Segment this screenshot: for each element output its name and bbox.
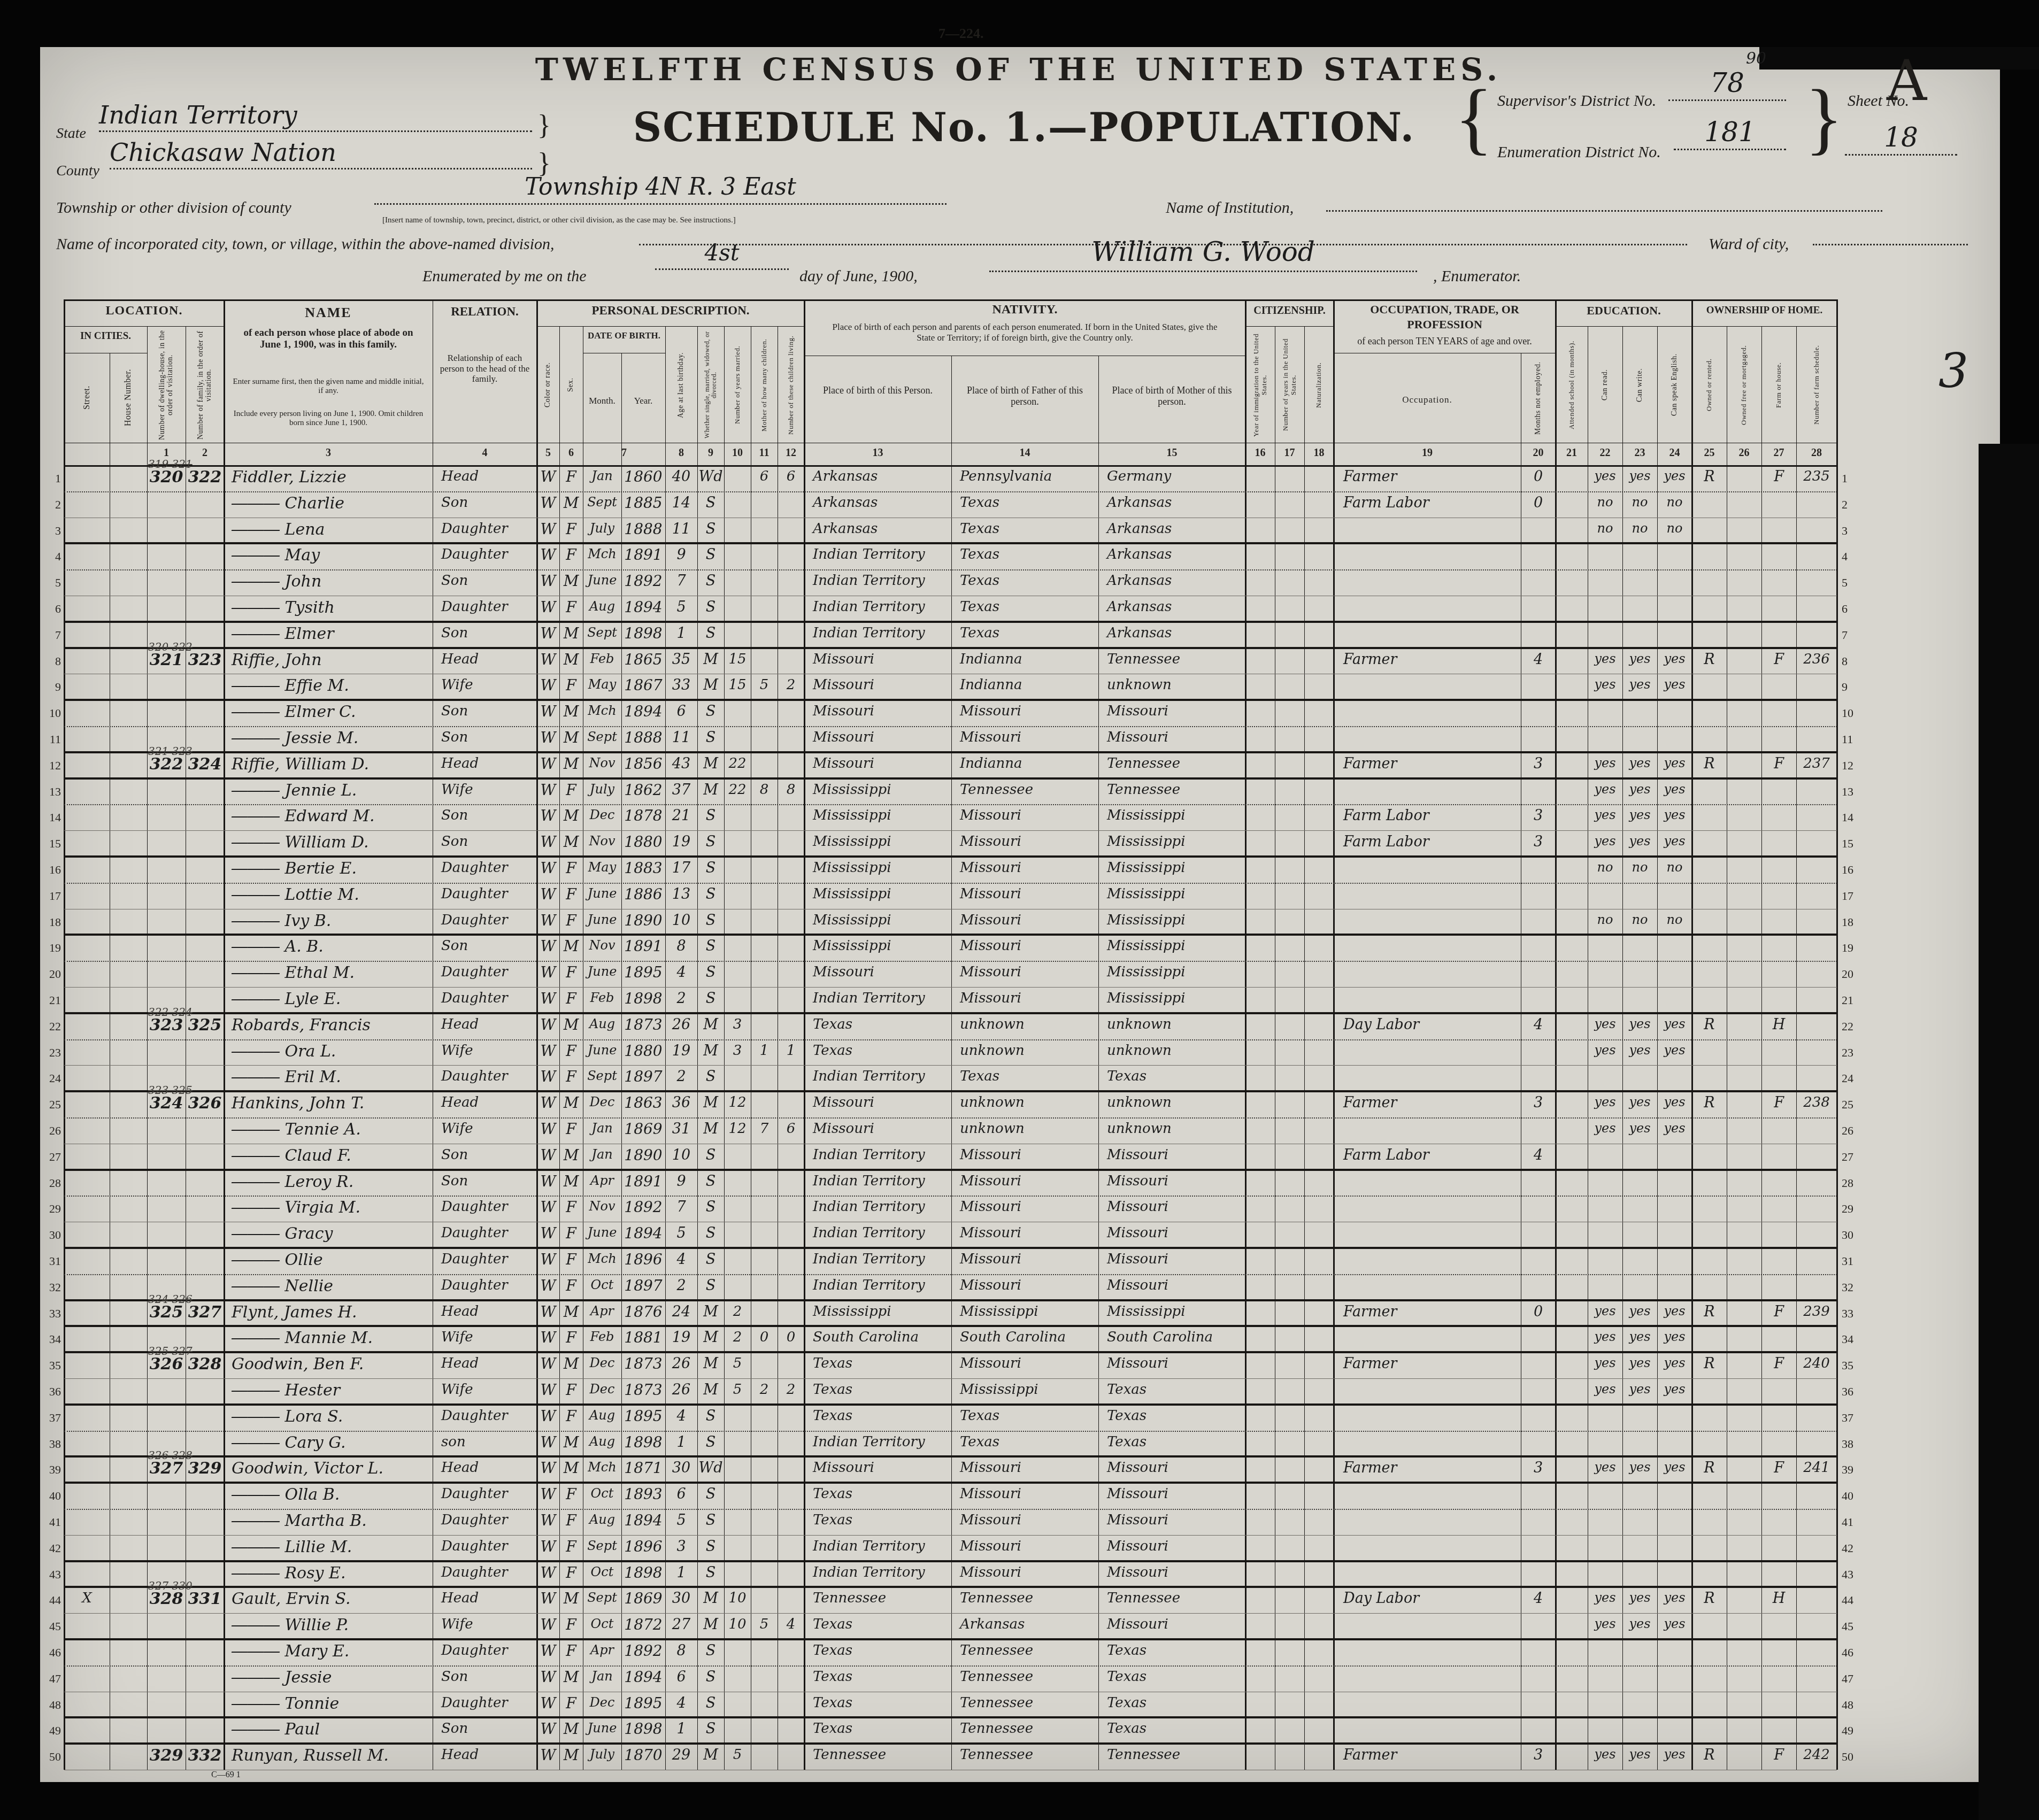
cell-mo: Aug — [584, 600, 620, 621]
cell-en: yes — [1658, 1383, 1691, 1403]
group-citizenship: CITIZENSHIP. — [1245, 305, 1334, 317]
cell-ms: S — [698, 913, 723, 934]
cell-sx: F — [560, 1565, 582, 1586]
cell-co: W — [538, 1252, 558, 1273]
cell-mc: 7 — [752, 1122, 776, 1143]
cell-ym: 10 — [725, 1591, 750, 1612]
row-number-right: 34 — [1842, 1332, 1867, 1345]
sheet-value: 18 — [1845, 124, 1957, 156]
cell-ow: R — [1693, 757, 1726, 777]
cell-sx: M — [560, 1017, 582, 1038]
cell-rd: no — [1589, 522, 1621, 543]
cell-fb: Missouri — [952, 1278, 1105, 1299]
cell-mo: Oct — [584, 1617, 620, 1638]
cell-cl: 2 — [779, 1383, 803, 1403]
cell-rel: Wife — [434, 678, 543, 699]
row-number-left: 6 — [44, 602, 61, 615]
row-number-right: 2 — [1842, 498, 1867, 511]
row-number-right: 21 — [1842, 993, 1867, 1006]
cell-mo: June — [584, 1226, 620, 1247]
grid-hline — [64, 883, 1837, 884]
group-nativity-desc: Place of birth of each person and parent… — [826, 322, 1224, 343]
cell-mn: 3 — [1522, 1461, 1555, 1482]
cell-rel: Head — [434, 652, 543, 673]
cell-rel: Head — [434, 1096, 543, 1116]
grid-hline — [64, 1222, 1837, 1222]
ward-blank-line — [1813, 218, 1968, 245]
cell-fb: Missouri — [952, 1252, 1105, 1273]
cell-name: ――― Bertie E. — [225, 861, 438, 882]
cell-fb: Missouri — [952, 1565, 1105, 1586]
grid-hline — [64, 518, 1837, 518]
cell-wr: yes — [1623, 835, 1656, 855]
cell-fh: F — [1763, 1461, 1795, 1482]
grid-hline-heavy — [64, 855, 1837, 858]
cell-fb: Missouri — [952, 939, 1105, 960]
cell-bp: Texas — [805, 1696, 958, 1717]
col-yrs-us: Number of years in the United States. — [1276, 328, 1303, 442]
cell-mo: June — [584, 1044, 620, 1065]
column-number: 6 — [559, 447, 583, 463]
cell-co: W — [538, 991, 558, 1012]
cell-ms: S — [698, 496, 723, 516]
cell-ms: M — [698, 678, 723, 699]
cell-ms: S — [698, 1252, 723, 1273]
cell-sx: M — [560, 730, 582, 751]
cell-ag: 37 — [666, 783, 696, 804]
col-occupation: Occupation. — [1334, 395, 1521, 405]
grid-hline — [64, 1117, 1837, 1119]
cell-mo: Apr — [584, 1644, 620, 1664]
cell-mc: 2 — [752, 1383, 776, 1403]
cell-rd: yes — [1589, 1383, 1621, 1403]
cell-fb: Texas — [952, 600, 1105, 621]
grid-hline-heavy — [64, 1560, 1837, 1562]
cell-mo: Nov — [584, 939, 620, 960]
cell-co: W — [538, 1591, 558, 1612]
cell-fam: 329 — [187, 1461, 223, 1482]
institution-label: Name of Institution, — [1166, 199, 1294, 217]
cell-ag: 27 — [666, 1617, 696, 1638]
district-brace-left: { — [1455, 72, 1493, 164]
cell-en: yes — [1658, 1748, 1691, 1769]
cell-ag: 5 — [666, 600, 696, 621]
institution-blank-line — [1326, 184, 1882, 212]
row-number-right: 18 — [1842, 915, 1867, 928]
cell-co: W — [538, 1330, 558, 1351]
cell-yr: 1885 — [622, 496, 664, 516]
column-number: 20 — [1521, 447, 1556, 463]
grid-hline-heavy — [64, 1586, 1837, 1588]
grid-hline-heavy — [64, 1742, 1837, 1745]
cell-rel: Daughter — [434, 861, 543, 882]
cell-co: W — [538, 757, 558, 777]
cell-cl: 6 — [779, 469, 803, 490]
cell-mo: Dec — [584, 1383, 620, 1403]
cell-mo: Dec — [584, 1096, 620, 1116]
cell-name: ――― Jessie — [225, 1670, 438, 1691]
cell-fb: Tennessee — [952, 783, 1105, 804]
cell-co: W — [538, 678, 558, 699]
cell-bp: Missouri — [805, 730, 958, 751]
cell-oc: Farmer — [1335, 1461, 1528, 1482]
cell-ag: 11 — [666, 522, 696, 543]
cell-rel: Son — [434, 730, 543, 751]
cell-yr: 1898 — [622, 1722, 664, 1742]
cell-co: W — [538, 1017, 558, 1038]
cell-mc: 8 — [752, 783, 776, 804]
row-number-left: 11 — [44, 732, 61, 745]
cell-en: yes — [1658, 1044, 1691, 1065]
cell-mb: Tennessee — [1099, 783, 1252, 804]
cell-bp: Texas — [805, 1017, 958, 1038]
cell-mb: Texas — [1099, 1696, 1252, 1717]
cell-mn: 0 — [1522, 496, 1555, 516]
cell-yr: 1894 — [622, 1226, 664, 1247]
cell-fb: Indianna — [952, 652, 1105, 673]
cell-fb: South Carolina — [952, 1330, 1105, 1351]
cell-fb: Missouri — [952, 1487, 1105, 1508]
cell-mb: Texas — [1099, 1435, 1252, 1456]
grid-hline-heavy — [64, 1403, 1837, 1406]
col-year: Year. — [622, 396, 664, 406]
row-number-left: 42 — [44, 1541, 61, 1554]
cell-en: yes — [1658, 835, 1691, 855]
cell-rd: no — [1589, 861, 1621, 882]
col-bp-father: Place of birth of Father of this person. — [962, 385, 1088, 407]
col-farm-house: Farm or house. — [1763, 328, 1795, 442]
column-number: 8 — [665, 447, 697, 463]
cell-ag: 21 — [666, 808, 696, 829]
cell-rel: Daughter — [434, 1487, 543, 1508]
row-number-left: 28 — [44, 1176, 61, 1189]
grid-vline — [1836, 299, 1838, 1770]
cell-name: ――― A. B. — [225, 939, 438, 960]
cell-bp: Mississippi — [805, 1305, 958, 1325]
col-dwelling: Number of dwelling-house, in the order o… — [148, 328, 184, 442]
cell-ag: 5 — [666, 1513, 696, 1534]
row-number-right: 50 — [1842, 1750, 1867, 1763]
grid-hline-heavy — [64, 1299, 1837, 1301]
cell-name: Riffie, William D. — [225, 757, 438, 777]
cell-mb: Texas — [1099, 1670, 1252, 1691]
cell-sx: F — [560, 1617, 582, 1638]
group-occupation2: PROFESSION — [1334, 318, 1556, 331]
cell-fb: Pennsylvania — [952, 469, 1105, 490]
cell-ms: M — [698, 1617, 723, 1638]
cell-mo: June — [584, 574, 620, 595]
cell-mb: Mississippi — [1099, 991, 1252, 1012]
cell-co: W — [538, 547, 558, 568]
row-number-right: 26 — [1842, 1124, 1867, 1137]
cell-mb: Arkansas — [1099, 626, 1252, 647]
row-number-right: 14 — [1842, 811, 1867, 823]
cell-dw: 327 — [148, 1461, 184, 1482]
cell-name: Goodwin, Victor L. — [225, 1461, 438, 1482]
cell-bp: Texas — [805, 1513, 958, 1534]
cell-cl: 4 — [779, 1617, 803, 1638]
row-number-left: 12 — [44, 759, 61, 772]
row-number-right: 41 — [1842, 1515, 1867, 1528]
cell-fb: Missouri — [952, 913, 1105, 934]
cell-ag: 1 — [666, 1722, 696, 1742]
grid-hline — [64, 1509, 1837, 1510]
cell-rel: Son — [434, 835, 543, 855]
row-number-right: 6 — [1842, 602, 1867, 615]
cell-ms: S — [698, 1148, 723, 1169]
cell-bp: Missouri — [805, 678, 958, 699]
cell-fs: 236 — [1797, 652, 1836, 673]
cell-sx: M — [560, 1670, 582, 1691]
cell-ag: 26 — [666, 1383, 696, 1403]
cell-mb: Missouri — [1099, 1513, 1252, 1534]
cell-mb: Arkansas — [1099, 496, 1252, 516]
cell-co: W — [538, 1044, 558, 1065]
cell-wr: yes — [1623, 1383, 1656, 1403]
column-number: 7 — [583, 447, 665, 463]
row-number-right: 1 — [1842, 472, 1867, 484]
cell-mn: 3 — [1522, 808, 1555, 829]
grid-hline-heavy — [64, 1351, 1837, 1353]
cell-mo: Oct — [584, 1487, 620, 1508]
cell-mb: Missouri — [1099, 1461, 1252, 1482]
row-number-right: 48 — [1842, 1698, 1867, 1711]
cell-ag: 36 — [666, 1096, 696, 1116]
row-number-left: 40 — [44, 1489, 61, 1502]
cell-name: ――― Tonnie — [225, 1696, 438, 1717]
cell-en: yes — [1658, 652, 1691, 673]
cell-yr: 1886 — [622, 887, 664, 908]
cell-wr: yes — [1623, 1330, 1656, 1351]
cell-mb: Missouri — [1099, 1617, 1252, 1638]
enumerated-day: 4st — [655, 242, 789, 270]
cell-fb: Missouri — [952, 1539, 1105, 1560]
cell-mo: Sept — [584, 730, 620, 751]
cell-ow: R — [1693, 469, 1726, 490]
grid-hline-heavy — [64, 1482, 1837, 1484]
cell-mo: Aug — [584, 1409, 620, 1430]
grid-hline — [64, 830, 1837, 831]
cell-rel: Son — [434, 496, 543, 516]
cell-mo: Sept — [584, 626, 620, 647]
cell-yr: 1871 — [622, 1461, 664, 1482]
cell-bp: Texas — [805, 1670, 958, 1691]
cell-name: Gault, Ervin S. — [225, 1591, 438, 1612]
cell-fb: Mississippi — [952, 1383, 1105, 1403]
cell-rel: Daughter — [434, 1565, 543, 1586]
cell-co: W — [538, 1409, 558, 1430]
row-number-left: 29 — [44, 1202, 61, 1215]
cell-mo: May — [584, 861, 620, 882]
cell-ag: 33 — [666, 678, 696, 699]
cell-fb: Texas — [952, 547, 1105, 568]
row-number-left: 14 — [44, 811, 61, 823]
cell-ym: 2 — [725, 1305, 750, 1325]
cell-fb: Missouri — [952, 1461, 1105, 1482]
cell-mb: unknown — [1099, 1017, 1252, 1038]
cell-mc: 1 — [752, 1044, 776, 1065]
column-number: 16 — [1245, 447, 1275, 463]
cell-ag: 1 — [666, 1565, 696, 1586]
row-number-right: 9 — [1842, 680, 1867, 693]
county-value: Chickasaw Nation — [110, 140, 532, 169]
cell-bp: Missouri — [805, 1096, 958, 1116]
cell-sx: F — [560, 1644, 582, 1664]
cell-co: W — [538, 496, 558, 516]
district-brace-right: } — [1805, 72, 1843, 164]
cell-rd: yes — [1589, 678, 1621, 699]
enumerated-label: Enumerated by me on the — [422, 267, 587, 286]
cell-ag: 2 — [666, 991, 696, 1012]
cell-sx: F — [560, 547, 582, 568]
cell-name: ――― Mannie M. — [225, 1330, 438, 1351]
cell-dw: 323 — [148, 1017, 184, 1038]
cell-fb: Missouri — [952, 1148, 1105, 1169]
cell-name: ――― Claud F. — [225, 1148, 438, 1169]
row-number-right: 45 — [1842, 1620, 1867, 1632]
cell-fam: 322 — [187, 469, 223, 490]
cell-name: ――― Willie P. — [225, 1617, 438, 1638]
cell-dwelling-prev: 320 322 — [148, 642, 223, 653]
cell-rd: yes — [1589, 1748, 1621, 1769]
grid-hline-heavy — [64, 1455, 1837, 1457]
cell-co: W — [538, 1148, 558, 1169]
cell-bp: Missouri — [805, 757, 958, 777]
cell-fs: 237 — [1797, 757, 1836, 777]
cell-bp: Indian Territory — [805, 1278, 958, 1299]
column-number: 10 — [724, 447, 751, 463]
cell-dwelling-prev: 321 323 — [148, 746, 223, 758]
cell-ow: R — [1693, 1356, 1726, 1377]
cell-wr: no — [1623, 522, 1656, 543]
cell-fs: 239 — [1797, 1305, 1836, 1325]
cell-bp: Missouri — [805, 965, 958, 986]
cell-yr: 1895 — [622, 965, 664, 986]
cell-mb: Mississippi — [1099, 965, 1252, 986]
cell-bp: Texas — [805, 1487, 958, 1508]
cell-mo: Aug — [584, 1513, 620, 1534]
grid-vline — [1521, 353, 1521, 1770]
cell-ms: S — [698, 626, 723, 647]
row-number-right: 4 — [1842, 550, 1867, 562]
cell-bp: Texas — [805, 1383, 958, 1403]
census-title: TWELFTH CENSUS OF THE UNITED STATES. — [484, 51, 1553, 88]
cell-ms: M — [698, 652, 723, 673]
row-number-left: 17 — [44, 889, 61, 902]
row-number-left: 27 — [44, 1150, 61, 1163]
cell-ym: 22 — [725, 783, 750, 804]
cell-yr: 1880 — [622, 835, 664, 855]
cell-fb: Texas — [952, 522, 1105, 543]
row-number-left: 36 — [44, 1385, 61, 1398]
group-name-desc2: Enter surname first, then the given name… — [232, 377, 425, 396]
cell-yr: 1891 — [622, 547, 664, 568]
cell-yr: 1872 — [622, 1617, 664, 1638]
cell-mb: Germany — [1099, 469, 1252, 490]
row-number-left: 24 — [44, 1071, 61, 1084]
cell-en: no — [1658, 522, 1691, 543]
cell-sx: F — [560, 522, 582, 543]
cell-bp: Texas — [805, 1044, 958, 1065]
cell-co: W — [538, 1461, 558, 1482]
cell-fb: unknown — [952, 1096, 1105, 1116]
col-farm-schedule: Number of farm schedule. — [1797, 328, 1836, 442]
grid-hline-heavy — [64, 542, 1837, 544]
cell-co: W — [538, 861, 558, 882]
grid-hline — [64, 491, 1837, 492]
cell-ms: S — [698, 522, 723, 543]
cell-rd: yes — [1589, 783, 1621, 804]
cell-mb: Missouri — [1099, 1356, 1252, 1377]
enumerator-name: William G. Wood — [989, 238, 1417, 272]
cell-ym: 5 — [725, 1383, 750, 1403]
col-dob: DATE OF BIRTH. — [583, 330, 665, 341]
row-number-left: 41 — [44, 1515, 61, 1528]
cell-fb: Tennessee — [952, 1644, 1105, 1664]
cell-mo: June — [584, 913, 620, 934]
cell-mo: July — [584, 783, 620, 804]
row-number-right: 42 — [1842, 1541, 1867, 1554]
cell-name: ――― Ivy B. — [225, 913, 438, 934]
cell-fh: F — [1763, 1096, 1795, 1116]
cell-rel: Son — [434, 574, 543, 595]
cell-bp: Texas — [805, 1617, 958, 1638]
cell-yr: 1894 — [622, 1670, 664, 1691]
cell-name: Robards, Francis — [225, 1017, 438, 1038]
row-number-right: 47 — [1842, 1672, 1867, 1685]
cell-rel: Daughter — [434, 991, 543, 1012]
cell-mo: Nov — [584, 835, 620, 855]
cell-rd: yes — [1589, 1356, 1621, 1377]
cell-name: Riffie, John — [225, 652, 438, 673]
cell-bp: Indian Territory — [805, 1148, 958, 1169]
cell-rel: Daughter — [434, 1069, 543, 1090]
cell-wr: yes — [1623, 1017, 1656, 1038]
cell-mo: Mch — [584, 1461, 620, 1482]
cell-rel: Daughter — [434, 1696, 543, 1717]
cell-name: ――― Rosy E. — [225, 1565, 438, 1586]
cell-name: ――― John — [225, 574, 438, 595]
cell-rel: Daughter — [434, 1200, 543, 1221]
cell-rd: yes — [1589, 1305, 1621, 1325]
cell-bp: Indian Territory — [805, 1539, 958, 1560]
cell-co: W — [538, 1278, 558, 1299]
enumerator-label: , Enumerator. — [1433, 267, 1521, 286]
cell-sx: F — [560, 1487, 582, 1508]
row-number-right: 44 — [1842, 1593, 1867, 1606]
cell-ym: 5 — [725, 1748, 750, 1769]
cell-rd: yes — [1589, 1617, 1621, 1638]
cell-bp: Missouri — [805, 1122, 958, 1143]
cell-wr: yes — [1623, 678, 1656, 699]
cell-ms: M — [698, 1330, 723, 1351]
column-number: 21 — [1556, 447, 1588, 463]
cell-rel: Daughter — [434, 547, 543, 568]
cell-ms: M — [698, 1591, 723, 1612]
cell-ag: 6 — [666, 1670, 696, 1691]
township-label: Township or other division of county — [56, 199, 291, 217]
cell-yr: 1881 — [622, 1330, 664, 1351]
cell-ms: S — [698, 1200, 723, 1221]
col-month: Month. — [584, 396, 620, 406]
cell-ym: 3 — [725, 1044, 750, 1065]
grid-vline — [110, 353, 110, 1770]
cell-mo: Dec — [584, 1356, 620, 1377]
cell-sx: F — [560, 600, 582, 621]
cell-ag: 7 — [666, 574, 696, 595]
cell-ms: M — [698, 1122, 723, 1143]
cell-sx: M — [560, 808, 582, 829]
